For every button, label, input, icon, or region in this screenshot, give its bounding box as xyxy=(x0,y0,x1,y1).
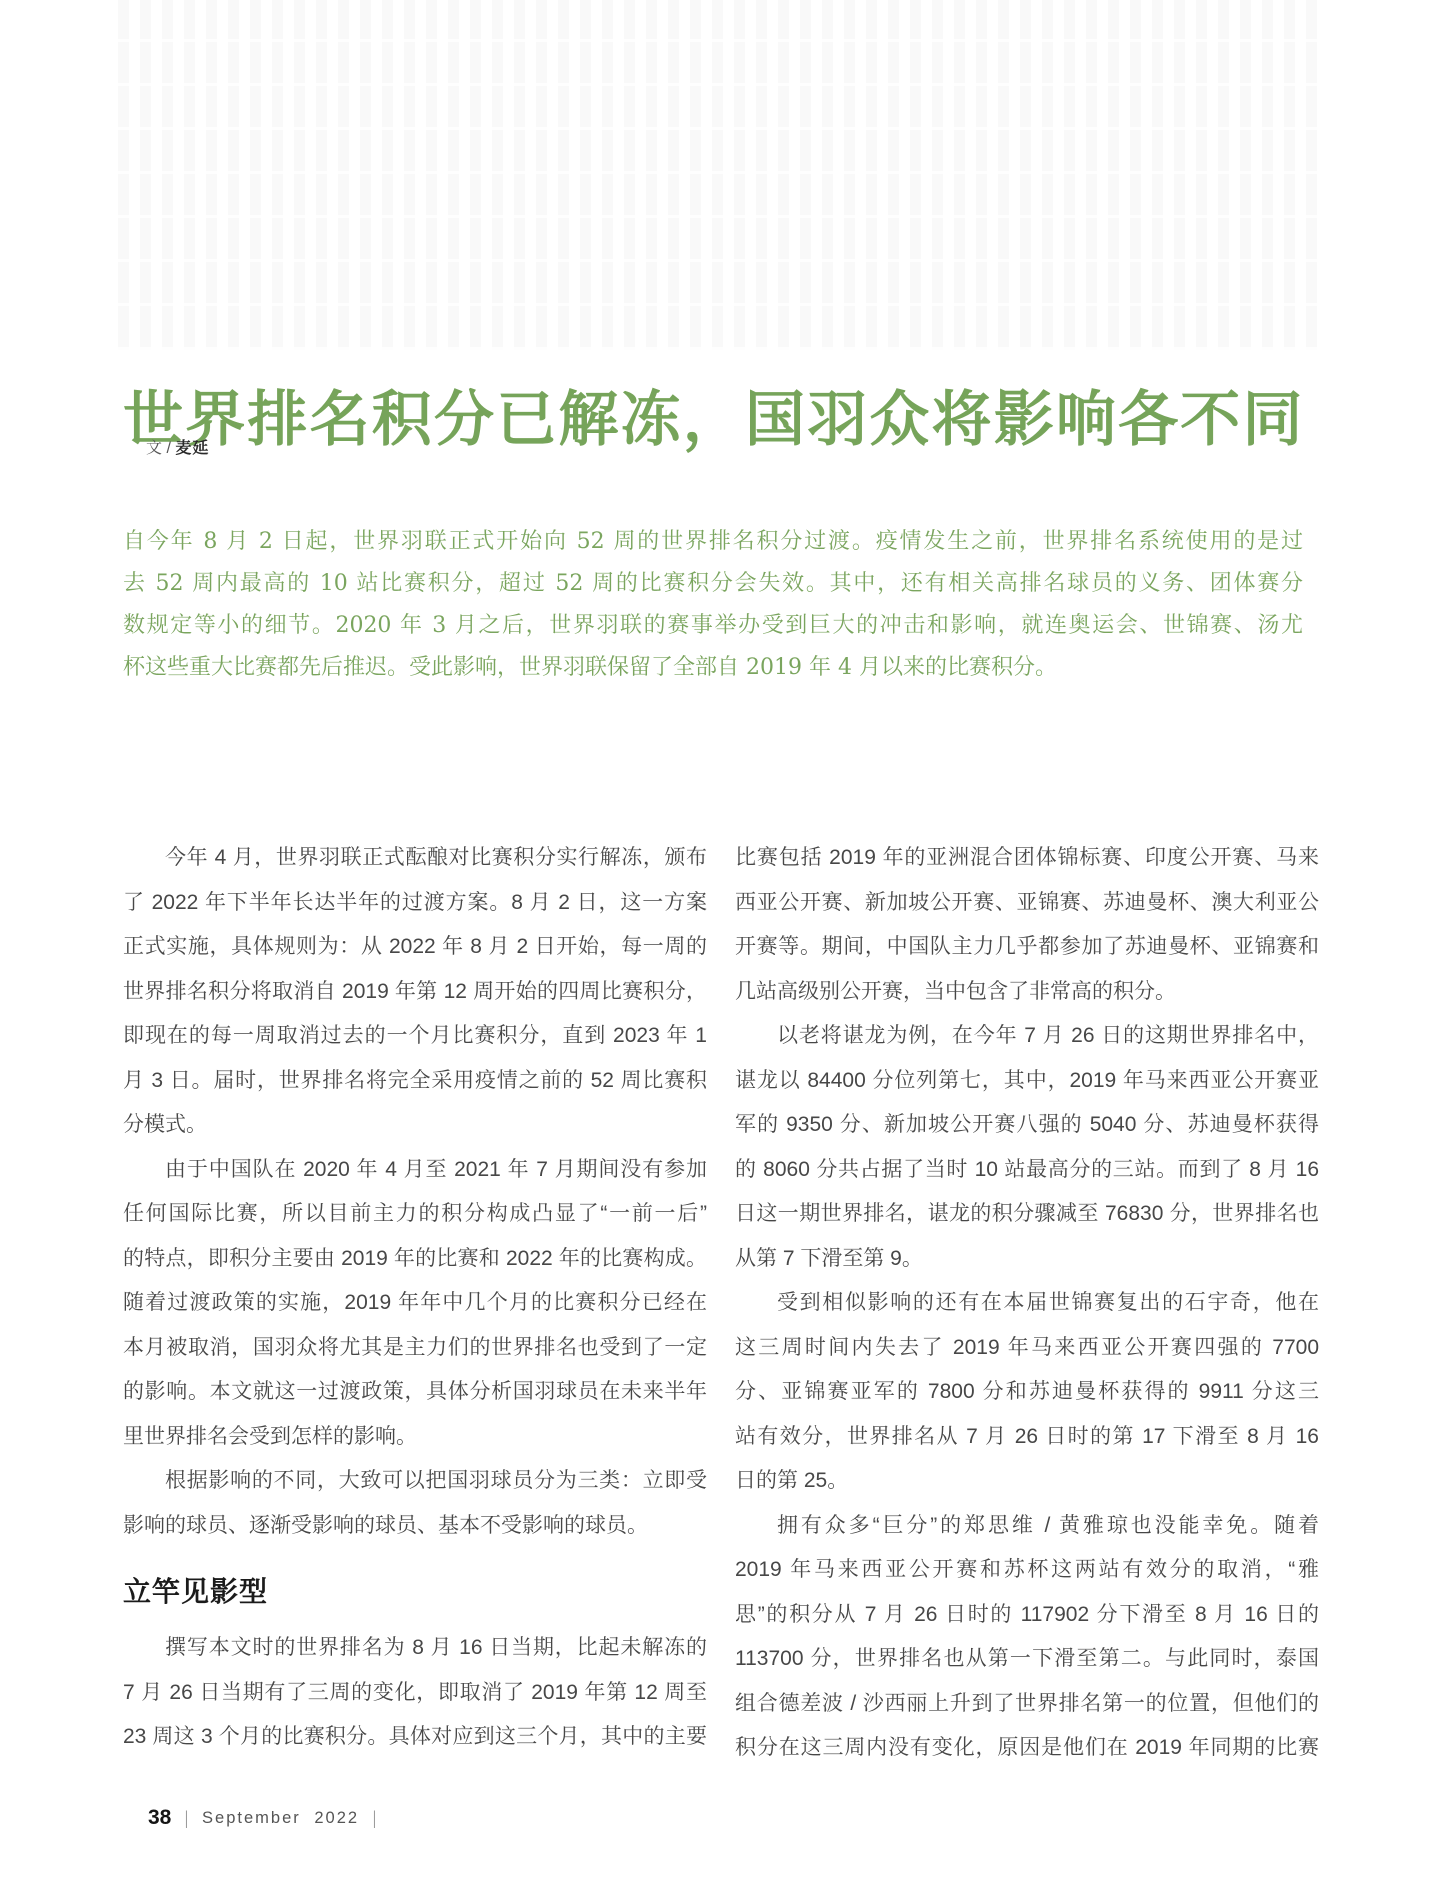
text-line: 分、亚锦赛亚军的 7800 分和苏迪曼杯获得的 9911 分这三 xyxy=(735,1370,1319,1415)
text-line: 从第 7 下滑至第 9。 xyxy=(735,1237,1319,1282)
page-number: 38 xyxy=(148,1806,171,1830)
text-line: 23 周这 3 个月的比赛积分。具体对应到这三个月，其中的主要 xyxy=(123,1715,707,1760)
text-line: 7 月 26 日当期有了三周的变化，即取消了 2019 年第 12 周至 xyxy=(123,1671,707,1716)
footer-separator: | xyxy=(185,1808,188,1829)
text-line: 谌龙以 84400 分位列第七，其中，2019 年马来西亚公开赛亚 xyxy=(735,1059,1319,1104)
text-line: 思”的积分从 7 月 26 日时的 117902 分下滑至 8 月 16 日的 xyxy=(735,1593,1319,1638)
text-line: 站有效分，世界排名从 7 月 26 日时的第 17 下滑至 8 月 16 xyxy=(735,1415,1319,1460)
byline-prefix: 文 / xyxy=(146,440,175,457)
text-line: 撰写本文时的世界排名为 8 月 16 日当期，比起未解冻的 xyxy=(123,1626,707,1671)
text-line: 拥有众多“巨分”的郑思维 / 黄雅琼也没能幸免。随着 xyxy=(735,1504,1319,1549)
article-body: 今年 4 月，世界羽联正式酝酿对比赛积分实行解冻，颁布了 2022 年下半年长达… xyxy=(123,836,1319,1771)
byline: 文 / 麦延 xyxy=(146,438,209,460)
text-line: 积分在这三周内没有变化，原因是他们在 2019 年同期的比赛 xyxy=(735,1726,1319,1771)
text-line: 去 52 周内最高的 10 站比赛积分，超过 52 周的比赛积分会失效。其中，还… xyxy=(123,563,1303,605)
right-column: 比赛包括 2019 年的亚洲混合团体锦标赛、印度公开赛、马来西亚公开赛、新加坡公… xyxy=(735,836,1319,1771)
text-line: 分模式。 xyxy=(123,1103,707,1148)
text-line: 西亚公开赛、新加坡公开赛、亚锦赛、苏迪曼杯、澳大利亚公 xyxy=(735,881,1319,926)
text-line: 今年 4 月，世界羽联正式酝酿对比赛积分实行解冻，颁布 xyxy=(123,836,707,881)
text-line: 113700 分，世界排名也从第一下滑至第二。与此同时，泰国 xyxy=(735,1637,1319,1682)
text-line: 任何国际比赛，所以目前主力的积分构成凸显了“一前一后” xyxy=(123,1192,707,1237)
left-column: 今年 4 月，世界羽联正式酝酿对比赛积分实行解冻，颁布了 2022 年下半年长达… xyxy=(123,836,707,1771)
text-line: 根据影响的不同，大致可以把国羽球员分为三类：立即受 xyxy=(123,1459,707,1504)
text-line: 影响的球员、逐渐受影响的球员、基本不受影响的球员。 xyxy=(123,1504,707,1549)
text-line: 这三周时间内失去了 2019 年马来西亚公开赛四强的 7700 xyxy=(735,1326,1319,1371)
text-line: 2019 年马来西亚公开赛和苏杯这两站有效分的取消，“雅 xyxy=(735,1548,1319,1593)
text-line: 的特点，即积分主要由 2019 年的比赛和 2022 年的比赛构成。 xyxy=(123,1237,707,1282)
text-line: 了 2022 年下半年长达半年的过渡方案。8 月 2 日，这一方案 xyxy=(123,881,707,926)
text-line: 组合德差波 / 沙西丽上升到了世界排名第一的位置，但他们的 xyxy=(735,1682,1319,1727)
section-heading: 立竿见影型 xyxy=(123,1572,707,1612)
text-line: 正式实施，具体规则为：从 2022 年 8 月 2 日开始，每一周的 xyxy=(123,925,707,970)
text-line: 比赛包括 2019 年的亚洲混合团体锦标赛、印度公开赛、马来 xyxy=(735,836,1319,881)
magazine-page: 世界排名积分已解冻，国羽众将影响各不同 文 / 麦延 自今年 8 月 2 日起，… xyxy=(0,0,1440,1902)
text-line: 以老将谌龙为例，在今年 7 月 26 日的这期世界排名中， xyxy=(735,1014,1319,1059)
text-line: 日的第 25。 xyxy=(735,1459,1319,1504)
text-line: 随着过渡政策的实施，2019 年年中几个月的比赛积分已经在 xyxy=(123,1281,707,1326)
article-title: 世界排名积分已解冻，国羽众将影响各不同 xyxy=(123,386,1303,455)
footer-separator: | xyxy=(373,1808,376,1829)
page-footer: 38 | September 2022 | xyxy=(148,1806,377,1830)
halftone-texture-band xyxy=(118,0,1323,350)
text-line: 受到相似影响的还有在本届世锦赛复出的石宇奇，他在 xyxy=(735,1281,1319,1326)
text-line: 杯这些重大比赛都先后推迟。受此影响，世界羽联保留了全部自 2019 年 4 月以… xyxy=(123,647,1303,689)
issue-label: September 2022 xyxy=(202,1809,359,1828)
text-line: 由于中国队在 2020 年 4 月至 2021 年 7 月期间没有参加 xyxy=(123,1148,707,1193)
text-line: 日这一期世界排名，谌龙的积分骤减至 76830 分，世界排名也 xyxy=(735,1192,1319,1237)
text-line: 开赛等。期间，中国队主力几乎都参加了苏迪曼杯、亚锦赛和 xyxy=(735,925,1319,970)
text-line: 里世界排名会受到怎样的影响。 xyxy=(123,1415,707,1460)
text-line: 的 8060 分共占据了当时 10 站最高分的三站。而到了 8 月 16 xyxy=(735,1148,1319,1193)
text-line: 本月被取消，国羽众将尤其是主力们的世界排名也受到了一定 xyxy=(123,1326,707,1371)
text-line: 世界排名积分将取消自 2019 年第 12 周开始的四周比赛积分， xyxy=(123,970,707,1015)
text-line: 自今年 8 月 2 日起，世界羽联正式开始向 52 周的世界排名积分过渡。疫情发… xyxy=(123,521,1303,563)
text-line: 数规定等小的细节。2020 年 3 月之后，世界羽联的赛事举办受到巨大的冲击和影… xyxy=(123,605,1303,647)
text-line: 几站高级别公开赛，当中包含了非常高的积分。 xyxy=(735,970,1319,1015)
text-line: 月 3 日。届时，世界排名将完全采用疫情之前的 52 周比赛积 xyxy=(123,1059,707,1104)
text-line: 的影响。本文就这一过渡政策，具体分析国羽球员在未来半年 xyxy=(123,1370,707,1415)
text-line: 即现在的每一周取消过去的一个月比赛积分，直到 2023 年 1 xyxy=(123,1014,707,1059)
text-line: 军的 9350 分、新加坡公开赛八强的 5040 分、苏迪曼杯获得 xyxy=(735,1103,1319,1148)
intro-paragraph: 自今年 8 月 2 日起，世界羽联正式开始向 52 周的世界排名积分过渡。疫情发… xyxy=(123,521,1303,689)
byline-author: 麦延 xyxy=(175,440,209,457)
